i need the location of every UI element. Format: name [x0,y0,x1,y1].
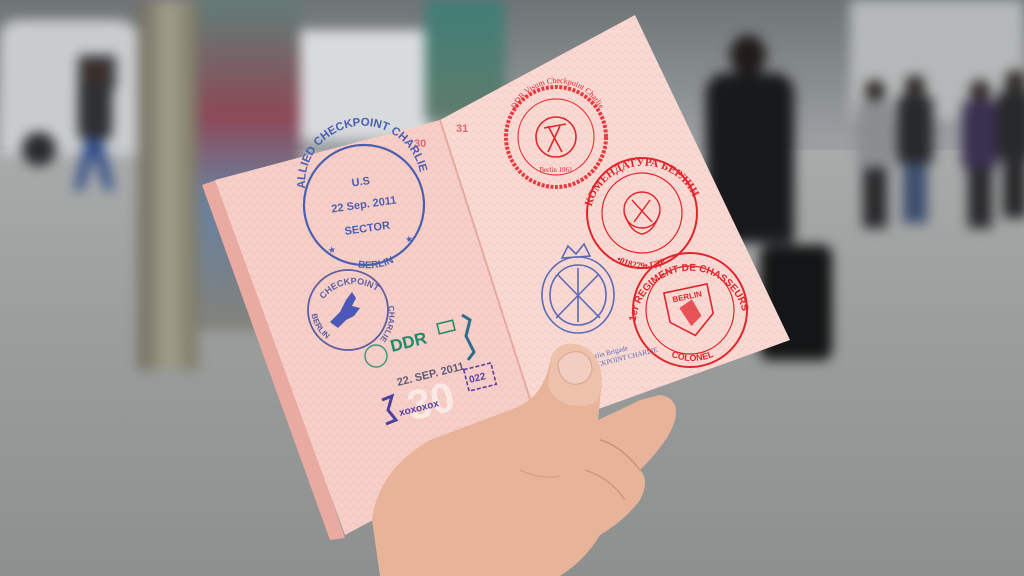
photo-scene: 30 31 ALLIED CHECKPOINT CHARLIE BERLIN U… [0,0,1024,576]
thumbnail [558,352,592,385]
hand-holding-passport [0,0,1024,576]
